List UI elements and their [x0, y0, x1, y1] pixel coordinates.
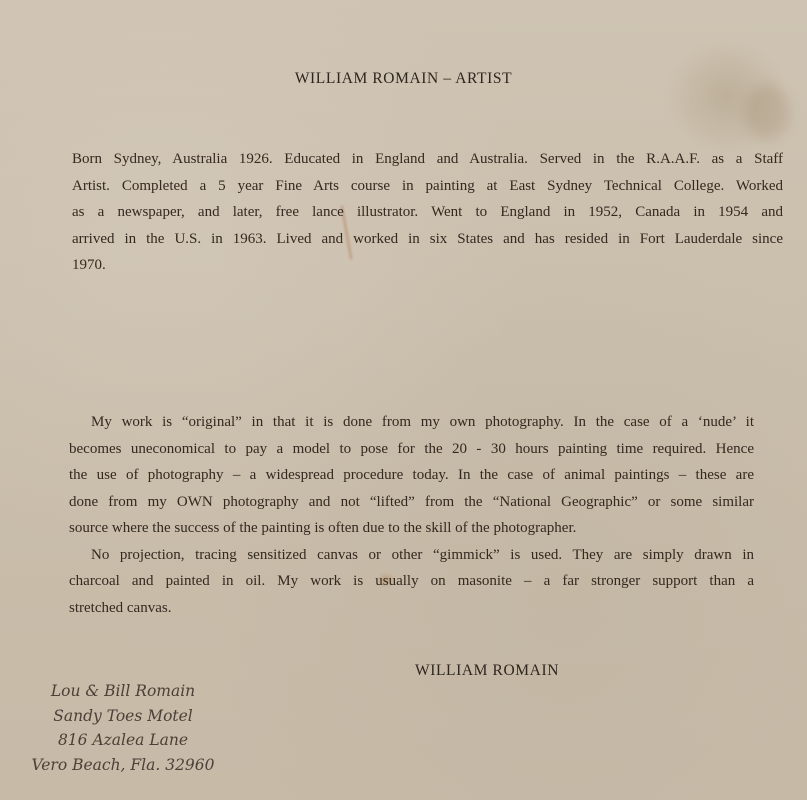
- text-line: the use of photography – a widespread pr…: [69, 462, 754, 489]
- text-line: charcoal and painted in oil. My work is …: [69, 568, 754, 595]
- text-line: Artist. Completed a 5 year Fine Arts cou…: [72, 173, 783, 200]
- text-line: as a newspaper, and later, free lance il…: [72, 199, 783, 226]
- signature: WILLIAM ROMAIN: [415, 662, 559, 680]
- text-line: Born Sydney, Australia 1926. Educated in…: [72, 146, 783, 173]
- text-line: No projection, tracing sensitized canvas…: [69, 542, 754, 569]
- address-line: Lou & Bill Romain: [18, 679, 228, 704]
- text-line: 1970.: [72, 252, 783, 279]
- document-title: WILLIAM ROMAIN – ARTIST: [0, 70, 807, 88]
- text-line: stretched canvas.: [69, 595, 754, 622]
- address-line: Vero Beach, Fla. 32960: [18, 753, 228, 778]
- text-line: arrived in the U.S. in 1963. Lived and w…: [72, 226, 783, 253]
- work-statement: My work is “original” in that it is done…: [69, 409, 754, 621]
- text-line: source where the success of the painting…: [69, 515, 754, 542]
- document-page: WILLIAM ROMAIN – ARTIST Born Sydney, Aus…: [0, 0, 807, 800]
- biography-paragraph: Born Sydney, Australia 1926. Educated in…: [72, 146, 783, 279]
- text-line: becomes uneconomical to pay a model to p…: [69, 436, 754, 463]
- address-line: Sandy Toes Motel: [18, 704, 228, 729]
- address-line: 816 Azalea Lane: [18, 728, 228, 753]
- text-line: done from my OWN photography and not “li…: [69, 489, 754, 516]
- paper-stain: [745, 85, 790, 140]
- text-line: My work is “original” in that it is done…: [69, 409, 754, 436]
- address-stamp: Lou & Bill Romain Sandy Toes Motel 816 A…: [18, 679, 228, 777]
